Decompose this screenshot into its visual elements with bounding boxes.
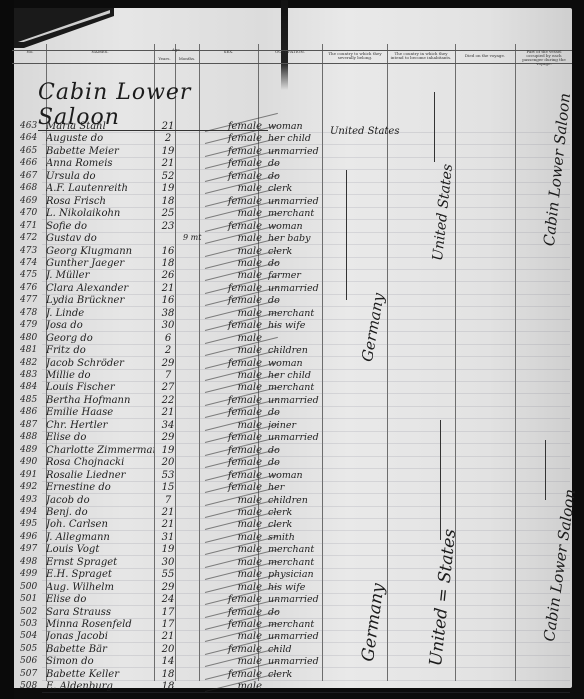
passenger-name: Georg do — [46, 333, 154, 344]
passenger-row: 482Jacob Schröder29femalewoman — [0, 358, 584, 371]
passenger-number: 492 — [20, 482, 44, 492]
passenger-name: E.H. Spraget — [46, 569, 154, 580]
passenger-occupation: unmarried — [268, 283, 324, 294]
passenger-number: 475 — [20, 270, 44, 280]
passenger-age: 25 — [158, 208, 178, 219]
passenger-row: 479Josa do30femalehis wife — [0, 320, 584, 333]
passenger-row: 472Gustav do9 mtmaleher baby — [0, 233, 584, 246]
passenger-age: 34 — [158, 420, 178, 431]
passenger-number: 473 — [20, 246, 44, 256]
passenger-number: 476 — [20, 283, 44, 293]
passenger-name: Lydia Brückner — [46, 295, 154, 306]
passenger-row: 490Rosa Chojnacki20femaledo — [0, 457, 584, 470]
passenger-age: 30 — [158, 557, 178, 568]
passenger-name: Aug. Wilhelm — [46, 582, 154, 593]
passenger-row: 503Minna Rosenfeld17femalemerchant — [0, 619, 584, 632]
passenger-row: 489Charlotte Zimmermann19femaledo — [0, 445, 584, 458]
passenger-age: 21 — [158, 121, 178, 132]
passenger-name: Auguste do — [46, 133, 154, 144]
passenger-row: 487Chr. Hertler34malejoiner — [0, 420, 584, 433]
passenger-age: 27 — [158, 382, 178, 393]
passenger-row: 495Joh. Carlsen21maleclerk — [0, 519, 584, 532]
passenger-name: Rosa Chojnacki — [46, 457, 154, 468]
passenger-row: 475J. Müller26malefarmer — [0, 270, 584, 283]
passenger-age: 23 — [158, 221, 178, 232]
passenger-number: 504 — [20, 631, 44, 641]
passenger-age: 20 — [158, 644, 178, 655]
passenger-age: 31 — [158, 532, 178, 543]
passenger-number: 479 — [20, 320, 44, 330]
passenger-number: 493 — [20, 495, 44, 505]
passenger-row: 466Anna Romeis21femaledo — [0, 158, 584, 171]
passenger-row: 494Benj. do21maleclerk — [0, 507, 584, 520]
passenger-age: 21 — [158, 407, 178, 418]
passenger-number: 464 — [20, 133, 44, 143]
header-country-belong: The country to which they severally belo… — [324, 52, 386, 60]
passenger-name: Ernst Spraget — [46, 557, 154, 568]
passenger-age: 16 — [158, 295, 178, 306]
header-occupation: OCCUPATION. — [258, 50, 322, 54]
header-rule-bottom — [12, 63, 572, 64]
passenger-number: 478 — [20, 308, 44, 318]
passenger-name: J. Müller — [46, 270, 154, 281]
ditto-line — [440, 420, 441, 540]
passenger-row: 474Gunther Jaeger18maledo — [0, 258, 584, 271]
passenger-number: 477 — [20, 295, 44, 305]
passenger-number: 474 — [20, 258, 44, 268]
passenger-number: 491 — [20, 470, 44, 480]
passenger-age: 29 — [158, 358, 178, 369]
passenger-name: Minna Rosenfeld — [46, 619, 154, 630]
passenger-row: 467Ursula do52femaledo — [0, 171, 584, 184]
passenger-age: 21 — [158, 507, 178, 518]
header-sex: SEX. — [199, 50, 258, 54]
header-vessel-part: Part of the vessel occupied by each pass… — [517, 50, 571, 66]
passenger-number: 500 — [20, 582, 44, 592]
passenger-number: 465 — [20, 146, 44, 156]
passenger-occupation: unmarried — [268, 395, 324, 406]
passenger-occupation: child — [268, 644, 324, 655]
passenger-name: Rosalie Liedner — [46, 470, 154, 481]
passenger-age: 19 — [158, 445, 178, 456]
passenger-occupation: joiner — [268, 420, 324, 431]
passenger-row: 470L. Nikolaikohn25malemerchant — [0, 208, 584, 221]
passenger-number: 502 — [20, 607, 44, 617]
passenger-row: 493Jacob do7malechildren — [0, 495, 584, 508]
passenger-row: 480Georg do6male — [0, 333, 584, 346]
passenger-name: Jacob Schröder — [46, 358, 154, 369]
passenger-row: 463Maria Stahl21femalewoman — [0, 121, 584, 134]
passenger-number: 485 — [20, 395, 44, 405]
passenger-age: 29 — [158, 432, 178, 443]
passenger-age: 55 — [158, 569, 178, 580]
passenger-name: Simon do — [46, 656, 154, 667]
passenger-name: Chr. Hertler — [46, 420, 154, 431]
passenger-name: Millie do — [46, 370, 154, 381]
passenger-row: 508E. Aldenburg18male — [0, 681, 584, 694]
passenger-number: 505 — [20, 644, 44, 654]
passenger-name: Bertha Hofmann — [46, 395, 154, 406]
passenger-age: 19 — [158, 183, 178, 194]
passenger-name: Babette Meier — [46, 146, 154, 157]
passenger-number: 489 — [20, 445, 44, 455]
passenger-name: Rosa Frisch — [46, 196, 154, 207]
passenger-age: 24 — [158, 594, 178, 605]
passenger-number: 469 — [20, 196, 44, 206]
passenger-occupation: unmarried — [268, 146, 324, 157]
passenger-number: 490 — [20, 457, 44, 467]
passenger-row: 506Simon do14maleunmarried — [0, 656, 584, 669]
passenger-age: 18 — [158, 669, 178, 680]
passenger-row: 465Babette Meier19femaleunmarried — [0, 146, 584, 159]
passenger-age: 21 — [158, 158, 178, 169]
passenger-name: E. Aldenburg — [46, 681, 154, 692]
ditto-line — [434, 92, 435, 162]
passenger-row: 471Sofie do23femalewoman — [0, 221, 584, 234]
header-age: Age. — [154, 48, 199, 52]
passenger-number: 503 — [20, 619, 44, 629]
passenger-number: 501 — [20, 594, 44, 604]
passenger-name: Emilie Haase — [46, 407, 154, 418]
passenger-row: 486Emilie Haase21femaledo — [0, 407, 584, 420]
passenger-number: 483 — [20, 370, 44, 380]
passenger-age: 7 — [158, 495, 178, 506]
header-no: No. — [14, 50, 46, 54]
passenger-row: 477Lydia Brückner16femaledo — [0, 295, 584, 308]
passenger-age: 29 — [158, 582, 178, 593]
passenger-number: 468 — [20, 183, 44, 193]
passenger-number: 507 — [20, 669, 44, 679]
passenger-name: L. Nikolaikohn — [46, 208, 154, 219]
passenger-name: A.F. Lautenreith — [46, 183, 154, 194]
passenger-occupation: do — [268, 171, 324, 182]
passenger-age: 16 — [158, 246, 178, 257]
passenger-number: 487 — [20, 420, 44, 430]
passenger-name: Babette Bär — [46, 644, 154, 655]
passenger-name: Louis Vogt — [46, 544, 154, 555]
passenger-number: 508 — [20, 681, 44, 691]
passenger-months: 9 mt — [183, 233, 205, 242]
passenger-name: Babette Keller — [46, 669, 154, 680]
passenger-age: 17 — [158, 607, 178, 618]
passenger-age: 21 — [158, 631, 178, 642]
passenger-number: 472 — [20, 233, 44, 243]
passenger-row: 491Rosalie Liedner53femalewoman — [0, 470, 584, 483]
passenger-row: 464Auguste do2femaleher child — [0, 133, 584, 146]
header-names: NAMES. — [46, 50, 154, 54]
passenger-age: 30 — [158, 320, 178, 331]
passenger-name: Ursula do — [46, 171, 154, 182]
passenger-name: Fritz do — [46, 345, 154, 356]
passenger-occupation: do — [268, 258, 324, 269]
passenger-name: Maria Stahl — [46, 121, 154, 132]
passenger-number: 506 — [20, 656, 44, 666]
passenger-row: 497Louis Vogt19malemerchant — [0, 544, 584, 557]
passenger-number: 466 — [20, 158, 44, 168]
passenger-number: 496 — [20, 532, 44, 542]
country-belong-top: United States — [330, 126, 399, 137]
passenger-age: 18 — [158, 196, 178, 207]
passenger-occupation: smith — [268, 532, 324, 543]
passenger-age: 21 — [158, 283, 178, 294]
passenger-age: 7 — [158, 370, 178, 381]
passenger-age: 19 — [158, 146, 178, 157]
passenger-name: Gunther Jaeger — [46, 258, 154, 269]
passenger-occupation: woman — [268, 121, 324, 132]
ditto-line — [545, 440, 546, 500]
passenger-occupation: merchant — [268, 308, 324, 319]
passenger-row: 501Elise do24femaleunmarried — [0, 594, 584, 607]
passenger-number: 470 — [20, 208, 44, 218]
ditto-line — [346, 170, 347, 300]
passenger-row: 500Aug. Wilhelm29malehis wife — [0, 582, 584, 595]
passenger-number: 495 — [20, 519, 44, 529]
passenger-occupation: clerk — [268, 507, 324, 518]
passenger-occupation: merchant — [268, 557, 324, 568]
passenger-row: 499E.H. Spraget55malephysician — [0, 569, 584, 582]
header-age-months: Months. — [175, 57, 199, 61]
passenger-name: J. Allegmann — [46, 532, 154, 543]
passenger-age: 52 — [158, 171, 178, 182]
passenger-age: 26 — [158, 270, 178, 281]
passenger-occupation: clerk — [268, 669, 324, 680]
passenger-row: 485Bertha Hofmann22femaleunmarried — [0, 395, 584, 408]
passenger-name: J. Linde — [46, 308, 154, 319]
passenger-row: 492Ernestine do15femaleher — [0, 482, 584, 495]
passenger-row: 504Jonas Jacobi21maleunmarried — [0, 631, 584, 644]
passenger-age: 22 — [158, 395, 178, 406]
passenger-number: 498 — [20, 557, 44, 567]
passenger-number: 497 — [20, 544, 44, 554]
passenger-number: 467 — [20, 171, 44, 181]
passenger-name: Joh. Carlsen — [46, 519, 154, 530]
passenger-name: Louis Fischer — [46, 382, 154, 393]
passenger-name: Josa do — [46, 320, 154, 331]
passenger-age: 15 — [158, 482, 178, 493]
passenger-name: Sara Strauss — [46, 607, 154, 618]
passenger-row: 473Georg Klugmann16maleclerk — [0, 246, 584, 259]
passenger-row: 502Sara Strauss17femaledo — [0, 607, 584, 620]
header-country-inhabit: The country in which they intend to beco… — [389, 52, 453, 60]
passenger-age: 38 — [158, 308, 178, 319]
passenger-age: 21 — [158, 519, 178, 530]
passenger-number: 484 — [20, 382, 44, 392]
passenger-number: 482 — [20, 358, 44, 368]
passenger-age: 2 — [158, 345, 178, 356]
passenger-row: 505Babette Bär20femalechild — [0, 644, 584, 657]
passenger-number: 481 — [20, 345, 44, 355]
passenger-number: 471 — [20, 221, 44, 231]
passenger-row: 476Clara Alexander21femaleunmarried — [0, 283, 584, 296]
passenger-age: 6 — [158, 333, 178, 344]
passenger-name: Clara Alexander — [46, 283, 154, 294]
page-tear — [281, 0, 288, 90]
passenger-number: 494 — [20, 507, 44, 517]
passenger-row: 496J. Allegmann31malesmith — [0, 532, 584, 545]
scanned-manifest: No. NAMES. Age. Years. Months. SEX. OCCU… — [0, 0, 584, 699]
passenger-row: 468A.F. Lautenreith19maleclerk — [0, 183, 584, 196]
header-died: Died on the voyage. — [457, 54, 513, 58]
passenger-name: Sofie do — [46, 221, 154, 232]
passenger-row: 507Babette Keller18femaleclerk — [0, 669, 584, 682]
passenger-age: 17 — [158, 619, 178, 630]
passenger-row: 488Elise do29femaleunmarried — [0, 432, 584, 445]
passenger-name: Jonas Jacobi — [46, 631, 154, 642]
country-belong-note: United States — [330, 126, 399, 137]
passenger-name: Ernestine do — [46, 482, 154, 493]
passenger-name: Georg Klugmann — [46, 246, 154, 257]
passenger-age: 2 — [158, 133, 178, 144]
passenger-number: 480 — [20, 333, 44, 343]
header-age-years: Years. — [154, 57, 175, 61]
passenger-row: 484Louis Fischer27malemerchant — [0, 382, 584, 395]
passenger-age: 53 — [158, 470, 178, 481]
passenger-row: 481Fritz do2malechildren — [0, 345, 584, 358]
passenger-occupation: her child — [268, 370, 324, 381]
passenger-name: Gustav do — [46, 233, 154, 244]
passenger-row: 498Ernst Spraget30malemerchant — [0, 557, 584, 570]
passenger-age: 20 — [158, 457, 178, 468]
passenger-age: 19 — [158, 544, 178, 555]
passenger-row: 483Millie do7maleher child — [0, 370, 584, 383]
passenger-number: 463 — [20, 121, 44, 131]
passenger-name: Charlotte Zimmermann — [46, 445, 154, 456]
passenger-age: 14 — [158, 656, 178, 667]
passenger-age: 18 — [158, 258, 178, 269]
passenger-name: Jacob do — [46, 495, 154, 506]
passenger-row: 478J. Linde38malemerchant — [0, 308, 584, 321]
passenger-number: 488 — [20, 432, 44, 442]
passenger-name: Elise do — [46, 594, 154, 605]
passenger-age: 18 — [158, 681, 178, 692]
passenger-number: 486 — [20, 407, 44, 417]
passenger-occupation: merchant — [268, 619, 324, 630]
passenger-name: Benj. do — [46, 507, 154, 518]
passenger-name: Elise do — [46, 432, 154, 443]
passenger-number: 499 — [20, 569, 44, 579]
passenger-name: Anna Romeis — [46, 158, 154, 169]
passenger-row: 469Rosa Frisch18femaleunmarried — [0, 196, 584, 209]
